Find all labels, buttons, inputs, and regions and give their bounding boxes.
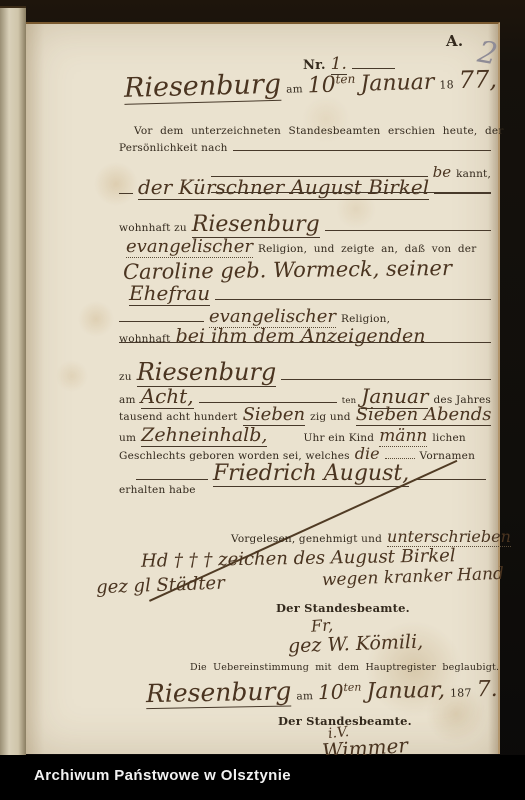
intro-text: Vor dem unterzeichneten Standesbeamten e… [134, 125, 504, 137]
certification-month: Januar, [366, 678, 445, 704]
fill-line [119, 342, 491, 343]
dateline-year-printed: 18 [439, 78, 454, 91]
gez-right-text: wegen kranker Hand [322, 564, 505, 590]
certification-statement-line: Die Uebereinstimmung mit dem Hauptregist… [190, 662, 499, 673]
uhr-kind-label: Uhr ein Kind [303, 432, 374, 444]
unterschrieben-handwritten: unterschrieben [387, 527, 511, 547]
header-dateline: Riesenburg am 10ten Januar 18 77, [124, 63, 498, 105]
dateline-day-suffix: ten [335, 71, 355, 86]
birthplace-value: Riesenburg [137, 358, 277, 387]
residence-line: wohnhaft zu Riesenburg [119, 212, 491, 238]
standesbeamte-heading-1: Der Standesbeamte. [276, 601, 410, 615]
blank-rule [211, 192, 491, 202]
dateline-day: 10ten [307, 71, 355, 98]
fill-line [119, 321, 204, 322]
mother-line: Caroline geb. Wormeck, seiner [123, 256, 452, 284]
zu-label: zu [119, 371, 132, 383]
vorgelesen-label: Vorgelesen, genehmigt und [231, 533, 382, 545]
persoenlichkeit-line: Persönlichkeit nach [119, 142, 491, 154]
mother-name: Caroline geb. Wormeck, seiner [123, 256, 452, 284]
year-ones-value: Sieben Abends [356, 404, 492, 426]
ehefrau-handwritten: Ehefrau [129, 281, 210, 306]
previous-page-edge [0, 6, 26, 755]
residence-value: Riesenburg [192, 212, 320, 238]
fill-line [215, 299, 491, 300]
birthyear-line: tausend acht hundert Sieben zig und Sieb… [119, 404, 491, 426]
fill-line [136, 479, 208, 480]
religion1-handwritten: evangelischer [126, 236, 253, 258]
certification-year-handwritten: 7. [476, 677, 497, 702]
religion1-line: evangelischer Religion, und zeigte an, d… [126, 236, 491, 258]
lichen-label: lichen [432, 432, 466, 444]
birthplace-line: zu Riesenburg [119, 358, 491, 387]
child-name-value: Friedrich August, [213, 461, 409, 487]
erhalten-label: erhalten habe [119, 484, 196, 496]
dateline-year-handwritten: 77, [458, 65, 497, 94]
form-letter: A. [446, 32, 463, 50]
dateline-place: Riesenburg [124, 69, 282, 105]
religion1-printed: Religion, und zeigte an, daß von der [258, 243, 476, 255]
religion2-printed: Religion, [341, 313, 390, 325]
certification-year-printed: 187 [450, 686, 472, 699]
persoenlichkeit-label: Persönlichkeit nach [119, 142, 228, 154]
signature-initial-line: Fr, [310, 615, 333, 635]
standesbeamte-label-1: Der Standesbeamte. [276, 601, 410, 615]
tausend-label: tausend acht hundert [119, 411, 238, 423]
wohnhaft-zu-label: wohnhaft zu [119, 222, 187, 234]
register-page: A. 2 Nr. 1. Riesenburg am 10ten Januar 1… [26, 22, 500, 754]
fill-line [325, 230, 491, 231]
certification-day: 10ten [318, 679, 362, 704]
year-tens-value: Sieben [243, 404, 306, 426]
dateline-am-label: am [286, 83, 303, 95]
fill-line [211, 192, 491, 193]
fill-line [281, 379, 491, 380]
erhalten-line: erhalten habe [119, 484, 196, 496]
corner-letter: A. [446, 32, 463, 50]
gez-left-text: gez gl Städter [96, 573, 225, 598]
um-label: um [119, 432, 136, 444]
signature-initial: Fr, [310, 615, 333, 635]
fill-line [119, 193, 133, 194]
vorgelesen-line: Vorgelesen, genehmigt und unterschrieben [231, 527, 511, 547]
fill-line [385, 458, 415, 459]
spacer [230, 585, 317, 588]
certification-am-label: am [296, 690, 313, 702]
blank-rule [119, 342, 491, 352]
certification-day-suffix: ten [343, 681, 361, 694]
ehefrau-line: Ehefrau [129, 281, 491, 306]
archive-name: Archiwum Państwowe w Olsztynie [34, 767, 291, 784]
registrar-signature-line: gez W. Kömili, [288, 631, 424, 658]
archive-caption-bar: Archiwum Państwowe w Olsztynie [0, 755, 525, 800]
certification-statement: Die Uebereinstimmung mit dem Hauptregist… [190, 662, 499, 673]
fill-line [414, 479, 486, 480]
registrar-signature: gez W. Kömili, [288, 631, 424, 658]
zig-und-label: zig und [310, 411, 351, 423]
fill-line [199, 402, 337, 403]
fill-line [233, 150, 491, 151]
dateline-month: Januar [360, 70, 435, 97]
certification-dateline: Riesenburg am 10ten Januar, 187 7. [146, 673, 498, 709]
certification-place: Riesenburg [146, 677, 292, 710]
intro-line: Vor dem unterzeichneten Standesbeamten e… [134, 125, 504, 137]
